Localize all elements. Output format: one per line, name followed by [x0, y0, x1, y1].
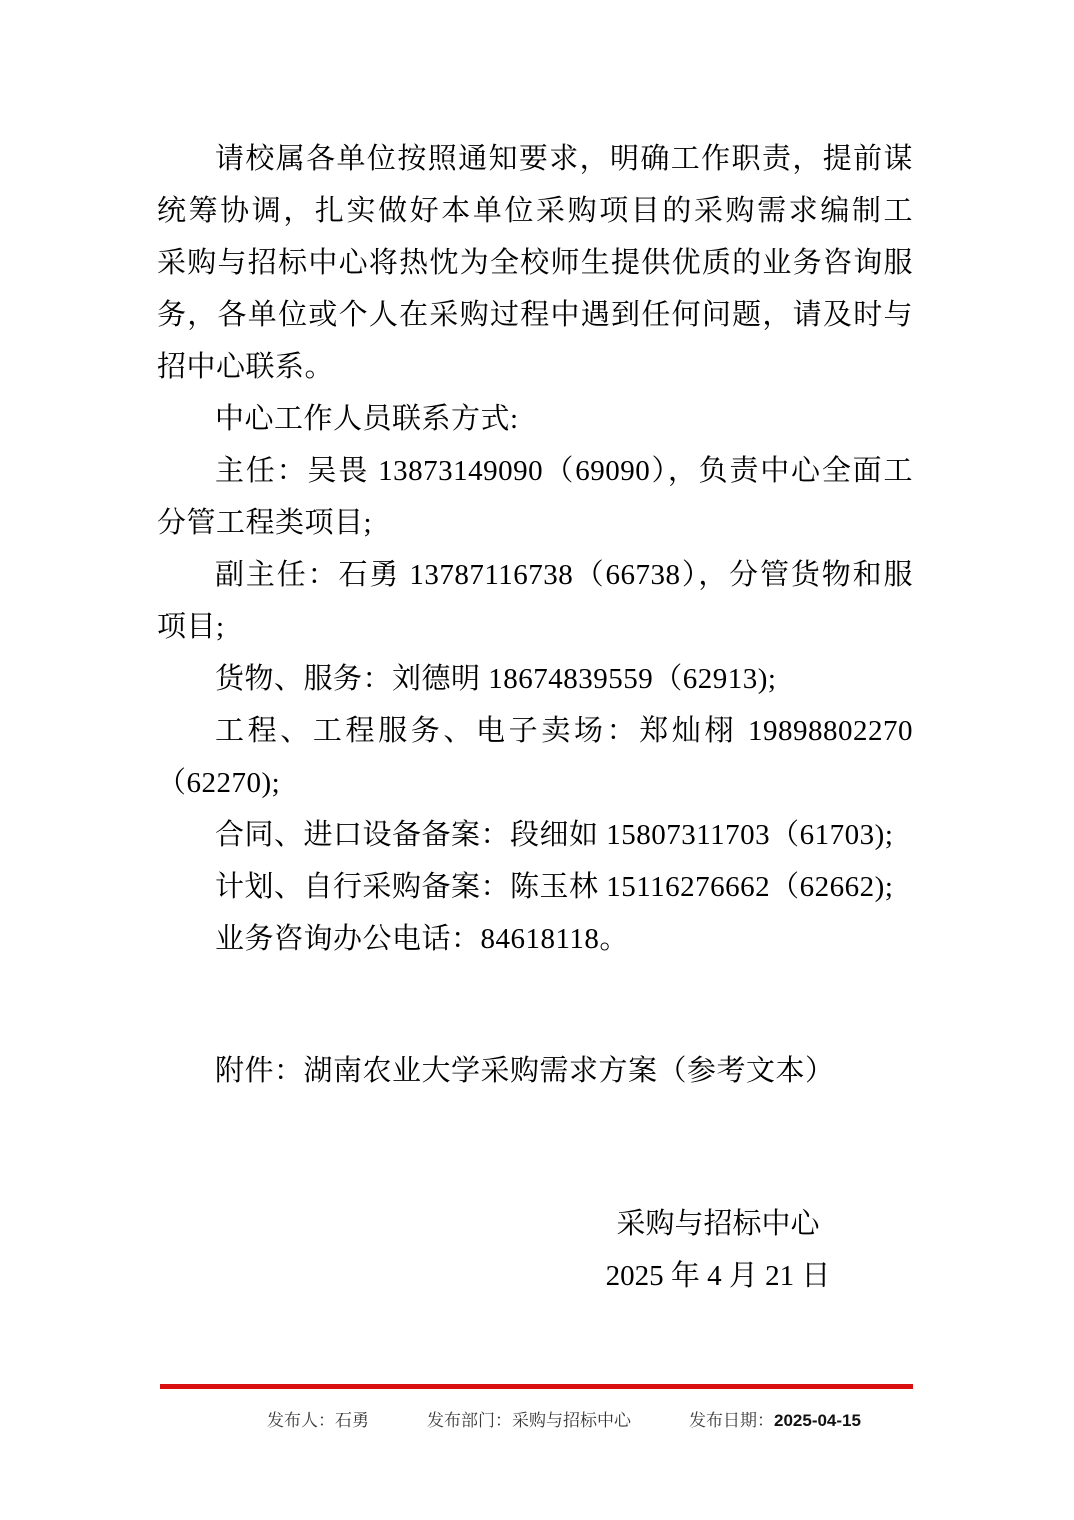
contact-line-contract: 合同、进口设备备案：段细如 15807311703（61703);: [157, 809, 913, 861]
contact-line-office-phone: 业务咨询办公电话：84618118。: [157, 913, 913, 965]
body-line: 采购与招标中心将热忱为全校师生提供优质的业务咨询服: [157, 237, 913, 289]
body-line: 请校属各单位按照通知要求，明确工作职责，提前谋划，: [157, 133, 913, 185]
body-line: 务，各单位或个人在采购过程中遇到任何问题，请及时与采: [157, 289, 913, 341]
publisher-value: 石勇: [335, 1410, 369, 1432]
contact-line-deputy-cont: 项目;: [157, 601, 913, 653]
publish-date-value: 2025-04-15: [774, 1410, 861, 1432]
contact-line-goods-services: 货物、服务：刘德明 18674839559（62913);: [157, 653, 913, 705]
contact-line-engineering: 工程、工程服务、电子卖场：郑灿栩 19898802270: [157, 705, 913, 757]
contact-line-director: 主任：吴畏 13873149090（69090），负责中心全面工作，: [157, 445, 913, 497]
publish-date-label: 发布日期：: [689, 1410, 774, 1432]
signature-date: 2025 年 4 月 21 日: [560, 1250, 876, 1302]
footer: 发布人： 石勇 发布部门： 采购与招标中心 发布日期： 2025-04-15: [267, 1410, 861, 1432]
document-page: 请校属各单位按照通知要求，明确工作职责，提前谋划， 统筹协调，扎实做好本单位采购…: [0, 0, 1074, 1520]
publisher-label: 发布人：: [267, 1410, 335, 1432]
body-line: 招中心联系。: [157, 341, 913, 393]
signature-block: 采购与招标中心 2025 年 4 月 21 日: [560, 1198, 876, 1302]
attachment-line: 附件：湖南农业大学采购需求方案（参考文本）: [157, 1045, 913, 1097]
contact-line-director-cont: 分管工程类项目;: [157, 497, 913, 549]
body-line: 统筹协调，扎实做好本单位采购项目的采购需求编制工作。: [157, 185, 913, 237]
footer-divider-line: [160, 1384, 913, 1389]
footer-department: 发布部门： 采购与招标中心: [427, 1410, 631, 1432]
footer-publish-date: 发布日期： 2025-04-15: [689, 1410, 861, 1432]
department-label: 发布部门：: [427, 1410, 512, 1432]
body-text: 请校属各单位按照通知要求，明确工作职责，提前谋划， 统筹协调，扎实做好本单位采购…: [157, 133, 913, 965]
contact-line-engineering-cont: （62270);: [157, 757, 913, 809]
contact-line-plan: 计划、自行采购备案：陈玉林 15116276662（62662);: [157, 861, 913, 913]
footer-publisher: 发布人： 石勇: [267, 1410, 369, 1432]
contact-heading: 中心工作人员联系方式:: [157, 393, 913, 445]
contact-line-deputy: 副主任：石勇 13787116738（66738），分管货物和服务: [157, 549, 913, 601]
department-value: 采购与招标中心: [512, 1410, 631, 1432]
signature-org: 采购与招标中心: [560, 1198, 876, 1250]
